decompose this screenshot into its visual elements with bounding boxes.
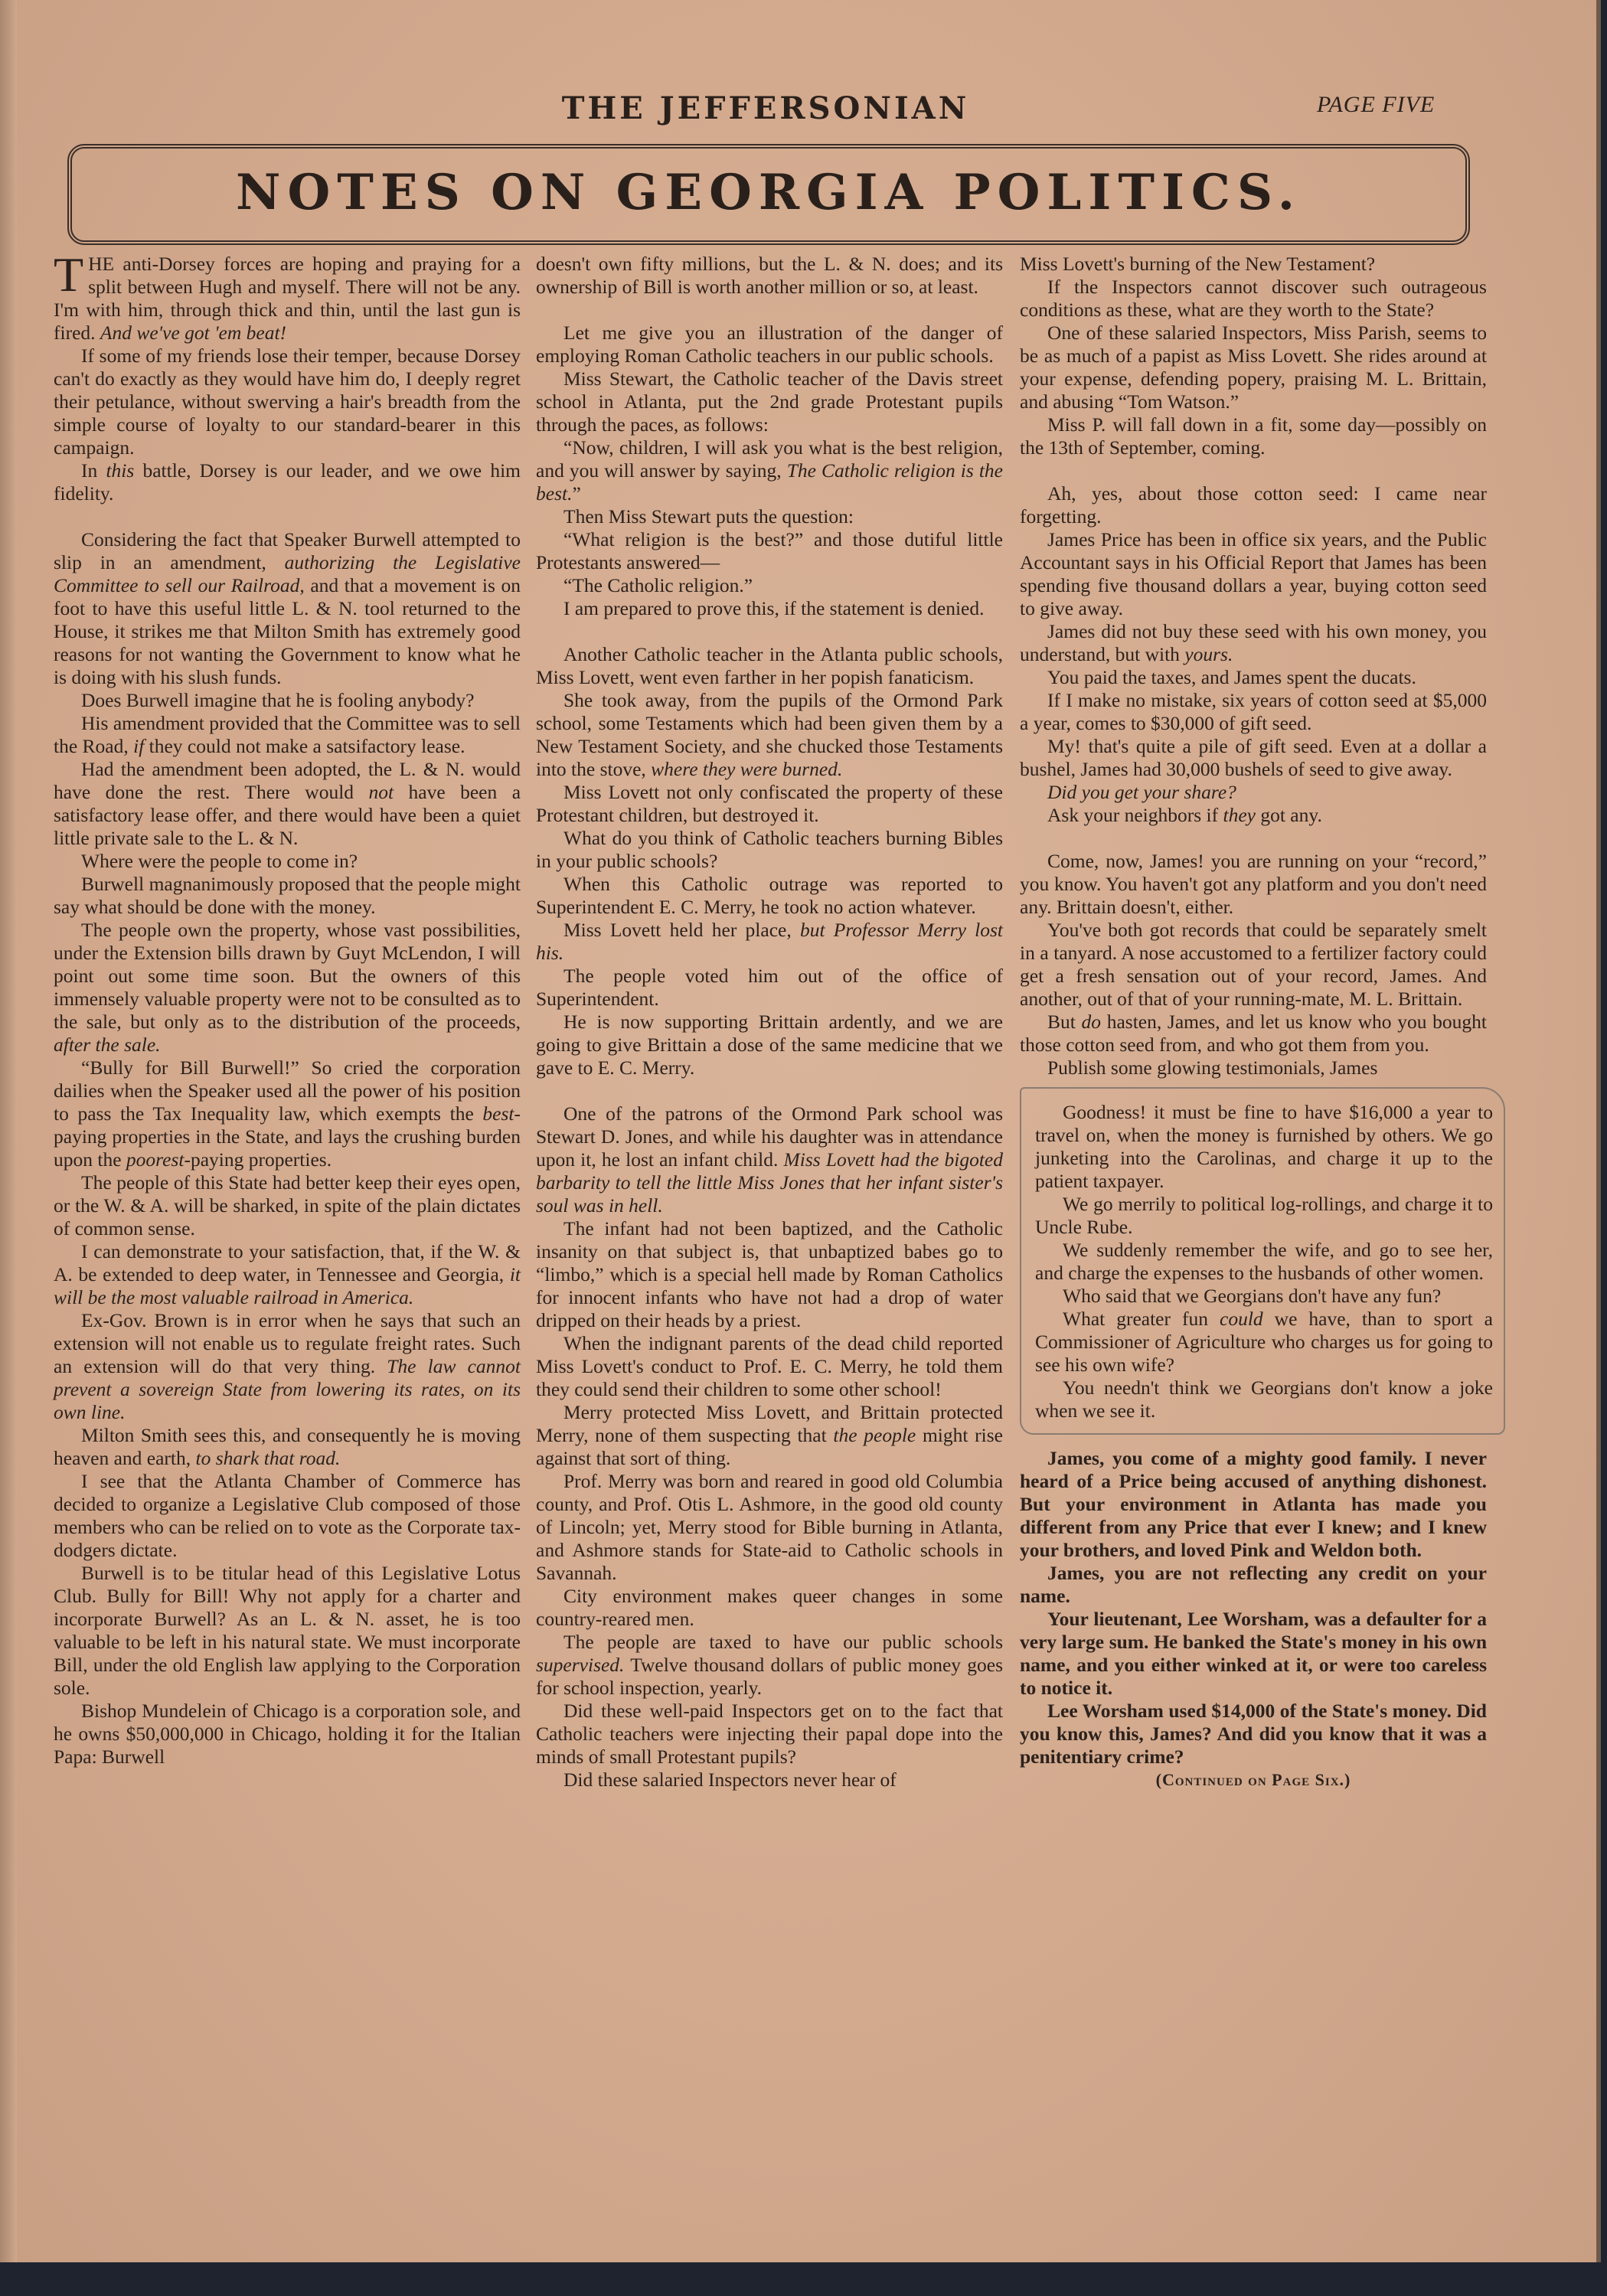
paragraph: The infant had not been baptized, and th… <box>536 1217 1003 1332</box>
paragraph: When the indignant parents of the dead c… <box>536 1332 1003 1401</box>
paragraph: What greater fun could we have, than to … <box>1035 1308 1493 1377</box>
paragraph: Considering the fact that Speaker Burwel… <box>54 528 521 689</box>
paragraph: Lee Worsham used $14,000 of the State's … <box>1020 1700 1487 1769</box>
headline-frame: NOTES ON GEORGIA POLITICS. <box>67 144 1470 245</box>
drop-cap: T <box>54 254 88 296</box>
paragraph: Then Miss Stewart puts the question: <box>536 505 1003 528</box>
pasted-clipping: Goodness! it must be fine to have $16,00… <box>1020 1087 1505 1435</box>
masthead: THE JEFFERSONIAN PAGE FIVE <box>0 83 1596 129</box>
paragraph: James, you are not reflecting any credit… <box>1020 1562 1487 1608</box>
paragraph: Had the amendment been adopted, the L. &… <box>54 758 521 850</box>
paragraph: You needn't think we Georgians don't kno… <box>1035 1377 1493 1422</box>
paragraph: Did you get your share? <box>1020 781 1487 804</box>
paragraph: The people are taxed to have our public … <box>536 1631 1003 1700</box>
table-surface <box>0 2262 1607 2296</box>
paragraph: Bishop Mundelein of Chicago is a corpora… <box>54 1700 521 1769</box>
paragraph: Miss Lovett held her place, but Professo… <box>536 919 1003 965</box>
paragraph: You've both got records that could be se… <box>1020 919 1487 1011</box>
paragraph: One of the patrons of the Ormond Park sc… <box>536 1102 1003 1217</box>
paragraph: When this Catholic outrage was reported … <box>536 873 1003 919</box>
paragraph: Did these salaried Inspectors never hear… <box>536 1769 1003 1791</box>
paragraph: If I make no mistake, six years of cotto… <box>1020 689 1487 735</box>
newspaper-page: THE JEFFERSONIAN PAGE FIVE NOTES ON GEOR… <box>0 0 1601 2262</box>
paragraph: I can demonstrate to your satisfaction, … <box>54 1240 521 1309</box>
paragraph: THE anti-Dorsey forces are hoping and pr… <box>54 253 521 345</box>
column-1: THE anti-Dorsey forces are hoping and pr… <box>54 253 521 1769</box>
paragraph: I see that the Atlanta Chamber of Commer… <box>54 1470 521 1562</box>
paragraph: She took away, from the pupils of the Or… <box>536 689 1003 781</box>
paragraph: Milton Smith sees this, and consequently… <box>54 1424 521 1470</box>
paragraph: James, you come of a mighty good family.… <box>1020 1447 1487 1562</box>
paragraph: But do hasten, James, and let us know wh… <box>1020 1011 1487 1057</box>
paragraph: The people of this State had better keep… <box>54 1171 521 1240</box>
paragraph: Did these well-paid Inspectors get on to… <box>536 1700 1003 1769</box>
paragraph: Ex-Gov. Brown is in error when he says t… <box>54 1309 521 1424</box>
paragraph: We go merrily to political log-rollings,… <box>1035 1193 1493 1239</box>
paragraph: The people voted him out of the office o… <box>536 965 1003 1011</box>
paragraph: We suddenly remember the wife, and go to… <box>1035 1239 1493 1285</box>
paragraph: Does Burwell imagine that he is fooling … <box>54 689 521 712</box>
paragraph: He is now supporting Brittain ardently, … <box>536 1011 1003 1079</box>
paragraph: The people own the property, whose vast … <box>54 919 521 1057</box>
paragraph: Ask your neighbors if they got any. <box>1020 804 1487 827</box>
paragraph: Let me give you an illustration of the d… <box>536 322 1003 367</box>
paragraph: Another Catholic teacher in the Atlanta … <box>536 643 1003 689</box>
paragraph: His amendment provided that the Committe… <box>54 712 521 758</box>
paragraph: If some of my friends lose their temper,… <box>54 345 521 459</box>
headline: NOTES ON GEORGIA POLITICS. <box>72 164 1465 221</box>
paragraph: Merry protected Miss Lovett, and Brittai… <box>536 1401 1003 1470</box>
page-number: PAGE FIVE <box>1317 92 1435 118</box>
paragraph: Your lieutenant, Lee Worsham, was a defa… <box>1020 1608 1487 1700</box>
paragraph: Ah, yes, about those cotton seed: I came… <box>1020 482 1487 528</box>
continued-notice: (Continued on Page Six.) <box>1020 1769 1487 1791</box>
paragraph: “Bully for Bill Burwell!” So cried the c… <box>54 1057 521 1171</box>
paragraph: In this battle, Dorsey is our leader, an… <box>54 459 521 505</box>
paragraph: Prof. Merry was born and reared in good … <box>536 1470 1003 1585</box>
paragraph: One of these salaried Inspectors, Miss P… <box>1020 322 1487 413</box>
paragraph: I am prepared to prove this, if the stat… <box>536 597 1003 620</box>
paragraph: My! that's quite a pile of gift seed. Ev… <box>1020 735 1487 781</box>
paragraph: City environment makes queer changes in … <box>536 1585 1003 1631</box>
paragraph: doesn't own fifty millions, but the L. &… <box>536 253 1003 299</box>
paragraph: Miss Stewart, the Catholic teacher of th… <box>536 367 1003 436</box>
paragraph: If the Inspectors cannot discover such o… <box>1020 276 1487 322</box>
page-spine-shadow <box>0 0 17 2262</box>
paragraph: Who said that we Georgians don't have an… <box>1035 1285 1493 1308</box>
paragraph: Burwell magnanimously proposed that the … <box>54 873 521 919</box>
column-3: Miss Lovett's burning of the New Testame… <box>1020 253 1487 1791</box>
paragraph: “The Catholic religion.” <box>536 574 1003 597</box>
paragraph: Burwell is to be titular head of this Le… <box>54 1562 521 1700</box>
paragraph: “What religion is the best?” and those d… <box>536 528 1003 574</box>
paragraph: Goodness! it must be fine to have $16,00… <box>1035 1101 1493 1193</box>
paragraph: What do you think of Catholic teachers b… <box>536 827 1003 873</box>
paragraph: Where were the people to come in? <box>54 850 521 873</box>
newspaper-name: THE JEFFERSONIAN <box>498 90 1034 126</box>
paragraph: James Price has been in office six years… <box>1020 528 1487 620</box>
paragraph: Miss Lovett's burning of the New Testame… <box>1020 253 1487 276</box>
paragraph: Miss Lovett not only confiscated the pro… <box>536 781 1003 827</box>
paragraph: “Now, children, I will ask you what is t… <box>536 436 1003 505</box>
paragraph: James did not buy these seed with his ow… <box>1020 620 1487 666</box>
column-2: doesn't own fifty millions, but the L. &… <box>536 253 1003 1791</box>
paragraph: You paid the taxes, and James spent the … <box>1020 666 1487 689</box>
paragraph: Publish some glowing testimonials, James <box>1020 1057 1487 1079</box>
paragraph: Miss P. will fall down in a fit, some da… <box>1020 413 1487 459</box>
paragraph: Come, now, James! you are running on you… <box>1020 850 1487 919</box>
